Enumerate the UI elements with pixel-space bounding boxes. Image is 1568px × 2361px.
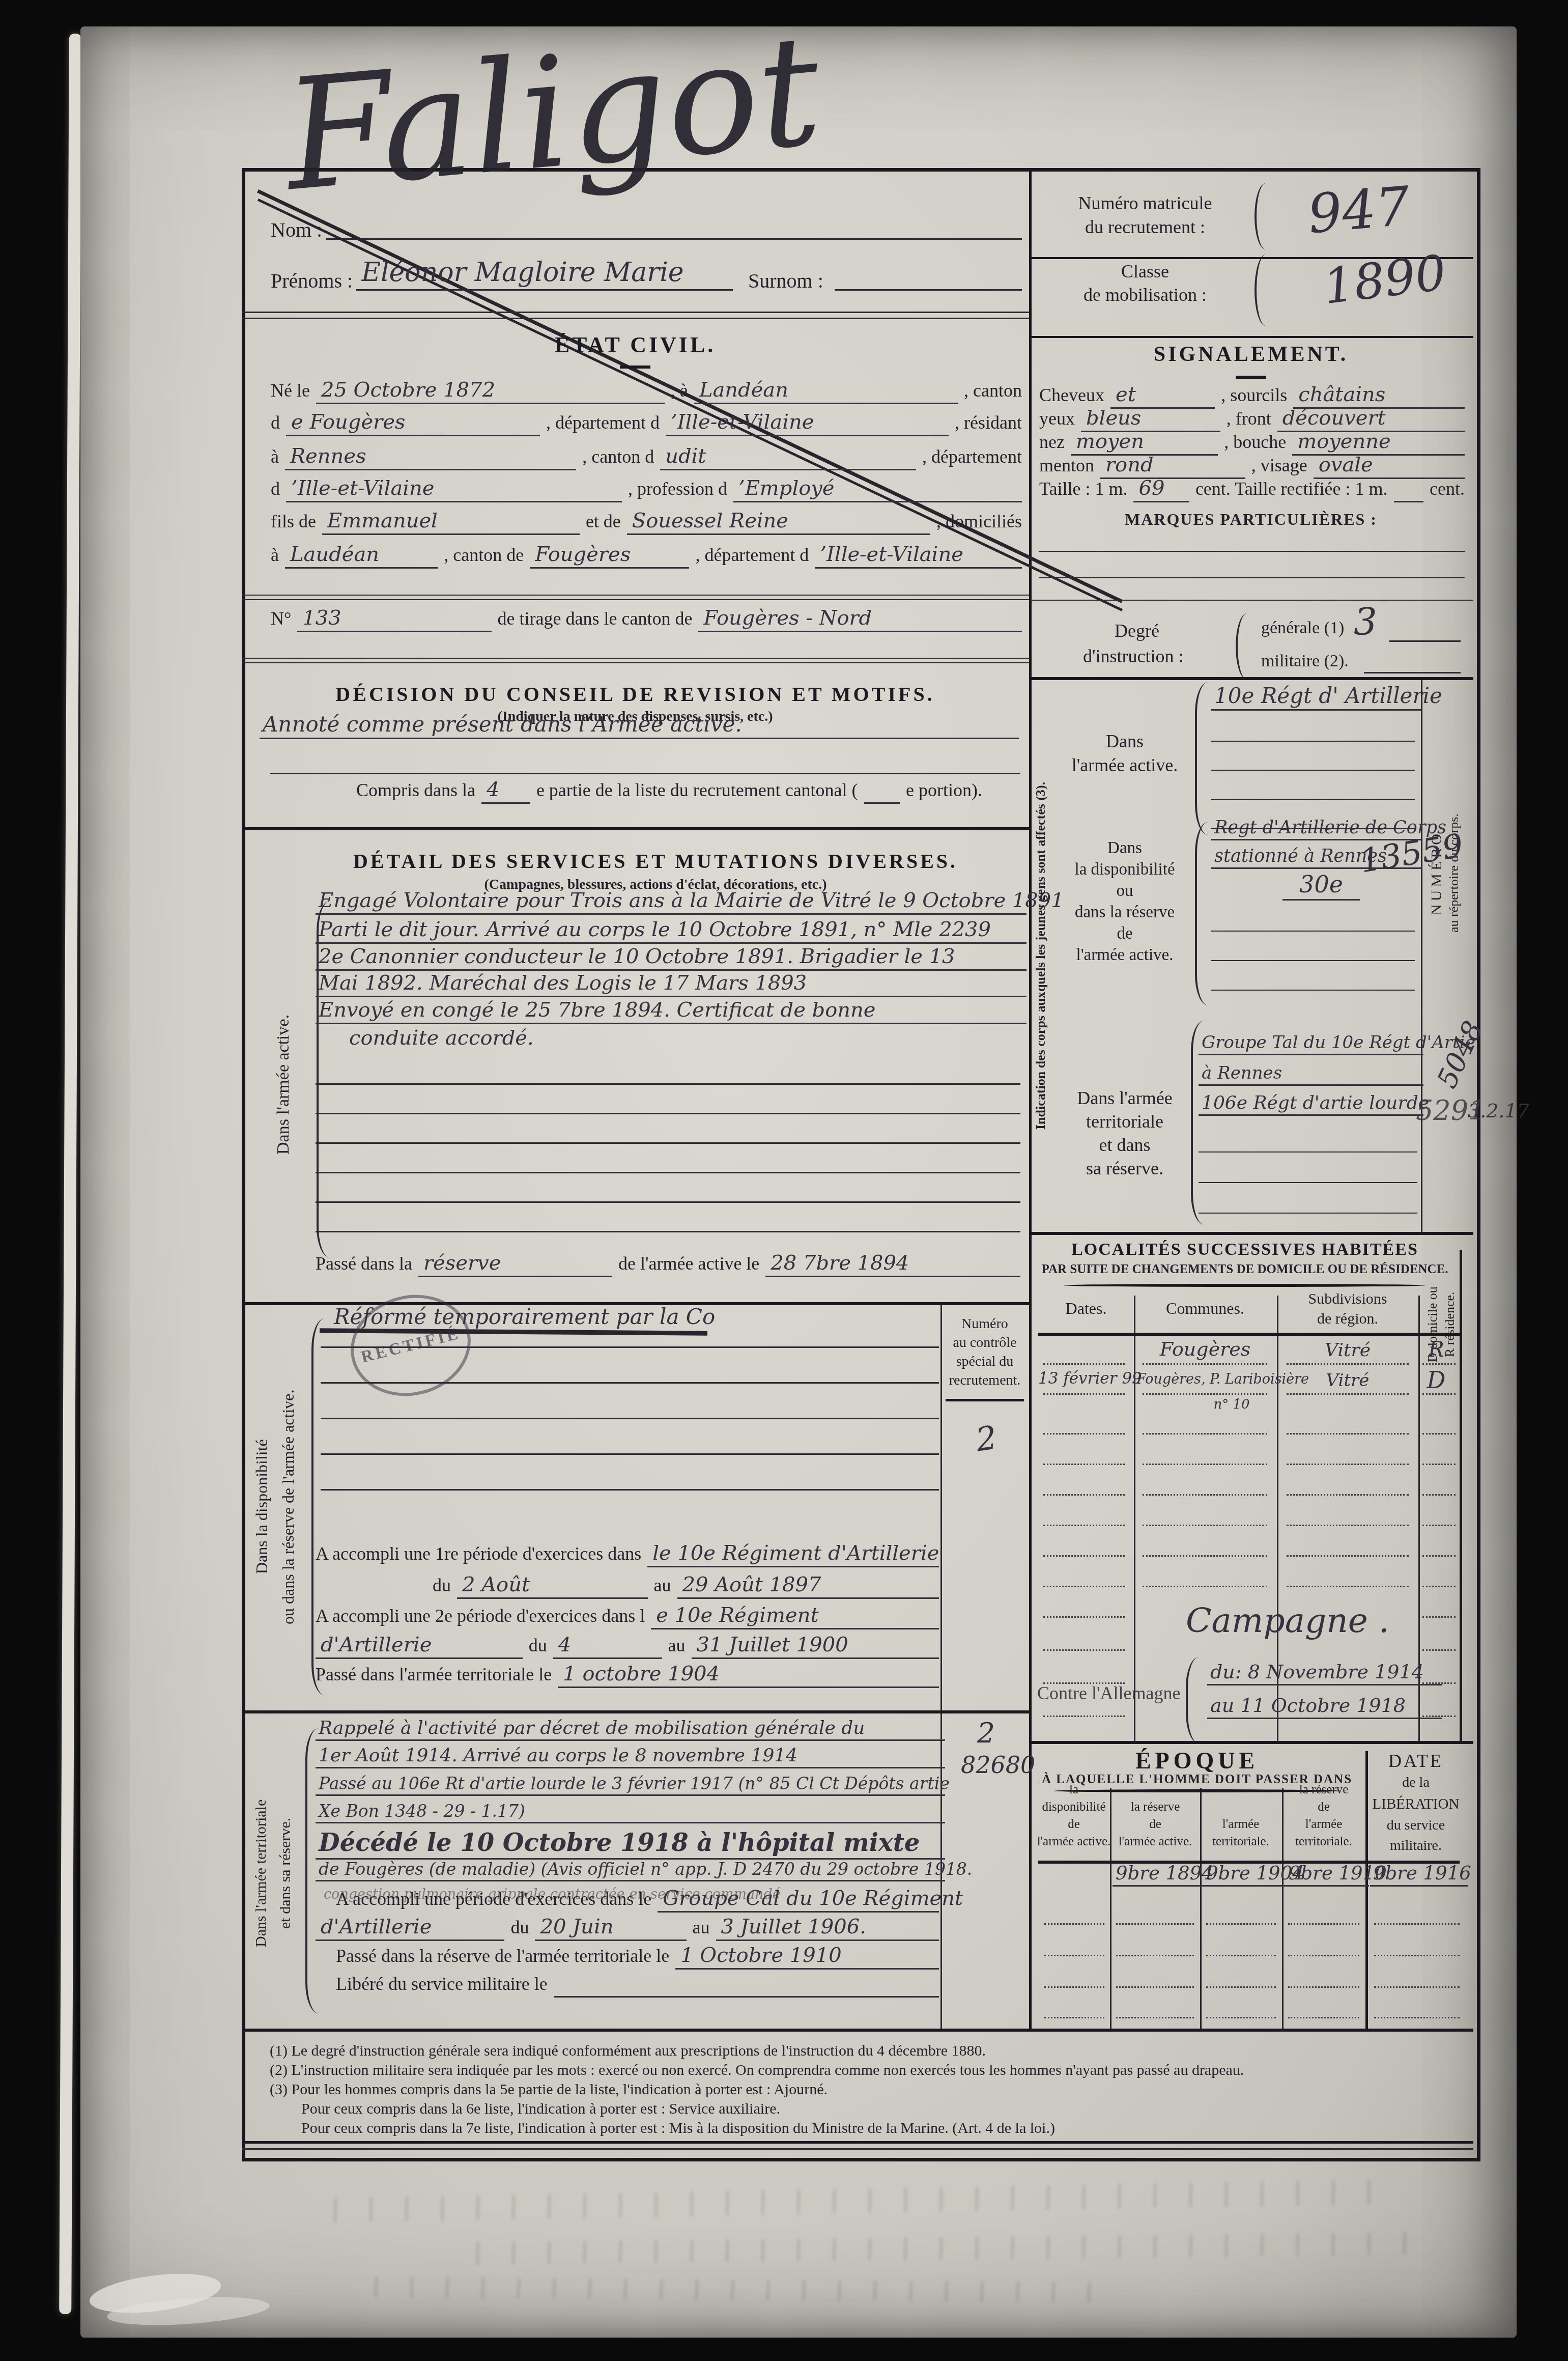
handwriting-value: ovale [1314,453,1465,479]
epoque-date-header: du service [1387,1817,1445,1834]
territorial-handwriting: Xe Bon 1348 - 29 - 1.17) [316,1801,945,1823]
controle-label: au contrôle [953,1335,1016,1351]
handwriting-value: Landéan [694,378,958,404]
handwriting-value: 2 Août [457,1573,648,1599]
handwriting-value: 4 [481,778,530,804]
printed-label: au [693,1917,710,1941]
degre-generale-value: 3 [1354,601,1377,643]
epoque-title: ÉPOQUE [1135,1747,1259,1774]
table-header-rule [1038,1333,1460,1336]
blank-ruled-line [1288,2017,1359,2018]
epoque-col-divider [1282,1788,1284,2029]
blank-ruled-line [1043,1616,1125,1618]
etat-civil-line: d’Ille-et-Vilaine, profession d’Employé [271,476,1022,502]
decorative-curve [1064,1284,1425,1287]
margin-note-handwriting: 3.2.17 [1468,1100,1529,1122]
localites-subtitle: PAR SUITE DE CHANGEMENTS DE DOMICILE OU … [1042,1262,1448,1277]
corps-terr-value-handwriting: 106e Régt d'artie lourde [1199,1092,1423,1116]
printed-label: fils de [271,511,316,535]
printed-label: cent. [1430,478,1465,502]
printed-label: e portion). [906,779,982,804]
section-heavy-rule [242,1710,1029,1713]
blank-ruled-line [1199,1182,1417,1183]
corps-terr-value-handwriting: à Rennes [1199,1063,1423,1086]
blank-ruled-line [1143,1586,1267,1587]
brace-icon [1195,682,1212,835]
handwriting-value: 4 [553,1633,662,1659]
table-cell-line [1422,1393,1456,1395]
blank-ruled-line [1374,2017,1460,2018]
blank-ruled-line [1287,1555,1409,1557]
decorative-curve [1053,1789,1341,1792]
blank-ruled-line [1143,1555,1267,1557]
localites-col-subdiv: Subdivisions [1308,1290,1387,1308]
epoque-date-header: militaire. [1390,1838,1442,1854]
numero-subcolumn-divider [1421,677,1422,1232]
blank-ruled-line [321,1453,939,1455]
printed-label: nez [1039,431,1065,456]
etat-civil-line: àLaudéan, canton deFougères, département… [271,543,1022,569]
handwriting-value: réserve [418,1251,612,1277]
campagne-du-handwriting: du: 8 Novembre 1914 [1207,1661,1442,1685]
handwriting-value: e Fougères [286,410,540,436]
corps-active-value-handwriting: 10e Régt d' Artillerie [1211,683,1421,711]
localites-row-commune: Fougères, P. Lariboisière [1136,1371,1309,1387]
printed-label: , bouche [1224,431,1286,456]
periode1-line: A accompli une 1re période d'exercices d… [316,1541,939,1567]
printed-label: , visage [1251,455,1307,479]
services-handwriting: Parti le dit jour. Arrivé au corps le 10… [316,918,1027,944]
degre-generale-label: générale (1) [1261,619,1344,638]
passe-reserve-terr-line: Passé dans la réserve de l'armée territo… [336,1944,939,1970]
handwriting-value: udit [660,444,916,470]
handwriting-value: rond [1100,453,1245,479]
handwriting-value: et [1110,383,1215,409]
blank-ruled-line [1211,799,1415,800]
corps-dispo-value-handwriting: 30e [1282,870,1360,901]
blank-ruled-line [1143,1494,1267,1496]
printed-label: , canton de [444,544,524,569]
printed-label: d [271,478,280,502]
controle-number-handwriting: 82680 [961,1751,1035,1779]
section-rule [242,599,1029,600]
controle-rule [946,1399,1024,1401]
handwriting-value: 133 [297,606,491,632]
handwriting-value: d'Artillerie [316,1915,504,1941]
printed-label: Libéré du service militaire le [336,1973,548,1998]
corps-terr-label: territoriale [1086,1111,1163,1132]
blank-ruled-line [1287,1464,1409,1465]
corps-dispo-label: ou [1117,882,1133,901]
blank-ruled-line [1199,1213,1417,1214]
localites-right-border [1460,1250,1462,1741]
table-cell-line [1043,1393,1125,1395]
printed-label: menton [1039,455,1094,479]
printed-label: du [510,1917,529,1941]
printed-label: , département [922,446,1022,470]
printed-label: , département d [695,544,809,569]
printed-label: de l'armée active le [618,1253,759,1277]
territorial-handwriting: Passé au 106e Rt d'artie lourde le 3 fév… [316,1774,945,1796]
classe-label: de mobilisation : [1084,284,1207,305]
blank-ruled-line [1116,1986,1194,1988]
handwriting-value: 31 Juillet 1900 [692,1633,939,1659]
blank-ruled-line [1044,1955,1104,1956]
epoque-col-divider [1110,1788,1111,2029]
controle-subcolumn-divider [940,1302,942,2029]
deces-handwriting: Décédé le 10 Octobre 1918 à l'hôpital mi… [316,1829,945,1860]
epoque-date-header: DATE [1388,1750,1443,1772]
blank-ruled-line [1287,1433,1409,1435]
taille-row: Taille : 1 m.69cent. Taille rectifiée : … [1039,476,1465,502]
printed-label: à [271,544,279,569]
blank-ruled-line [1288,1955,1359,1956]
corps-active-label: Dans [1106,730,1144,752]
blank-ruled-line [1422,1464,1456,1465]
section-rule [1029,600,1473,601]
libere-line: Libéré du service militaire le [336,1973,939,1998]
periode-terr-line: A accompli une période d'exercices dans … [336,1887,939,1913]
territorial-handwriting: de Fougères (de maladie) (Avis officiel … [316,1859,945,1881]
handwriting-value: découvert [1277,406,1465,432]
matricule-label: du recrutement : [1085,216,1205,238]
printed-label: , résidant [955,412,1022,436]
blank-ruled-line [1287,1586,1409,1587]
printed-label: du [433,1575,451,1599]
blank-line [270,773,1020,774]
periode2-dates-line: d'Artilleriedu4au31 Juillet 1900 [316,1633,939,1659]
blank-ruled-line [1043,1433,1125,1435]
periode1-dates-line: du2 Aoûtau29 Août 1897 [433,1573,939,1599]
corps-dispo-label: de [1117,924,1132,943]
controle-label: Numéro [961,1316,1008,1332]
handwriting-value: 69 [1133,476,1189,502]
footnote: (1) Le degré d'instruction générale sera… [270,2042,986,2060]
epoque-col-header: de [1149,1817,1161,1832]
classe-cell-rule [1029,336,1473,338]
epoque-col-header: de [1318,1800,1330,1814]
epoque-col-header: l'armée [1305,1817,1343,1832]
periode-terr-dates-line: d'Artilleriedu20 Juinau3 Juillet 1906. [316,1915,939,1941]
blank-ruled-line [316,1201,1020,1203]
handwriting-value: d'Artillerie [316,1633,523,1659]
printed-label: , front [1227,408,1271,432]
degre-militaire-label: militaire (2). [1261,652,1349,671]
handwriting-value: e 10e Régiment [651,1604,939,1629]
blank-ruled-line [1206,1955,1276,1956]
reserve-side-label: Dans la disponibilité [252,1313,271,1700]
campagne-title-handwriting: Campagne . [1186,1601,1389,1640]
blank-line [1364,672,1461,673]
footnote-top-rule [242,2029,1473,2032]
territorial-side-label: Dans l'armée territoriale [252,1726,270,2021]
handwriting-value: moyen [1071,430,1218,456]
territorial-side-label: et dans sa réserve. [277,1726,294,2021]
printed-label: Compris dans la [356,779,475,804]
services-handwriting: conduite accordé. [346,1026,1014,1051]
localites-row-dr: R [1428,1337,1444,1362]
blank-ruled-line [1211,990,1415,991]
numero-repertoire-label: NUMÉRO [1428,685,1445,1061]
reserve-side-label: ou dans la réserve de l'armée active. [279,1313,298,1700]
passe-territoriale-line: Passé dans l'armée territoriale le1 octo… [316,1662,939,1688]
services-side-label: Dans l'armée active. [274,896,293,1273]
localites-row-date: 13 février 99 [1038,1369,1142,1388]
epoque-date-header: LIBÉRATION [1373,1796,1460,1813]
printed-label: , département d [546,412,660,436]
footnote: (3) Pour les hommes compris dans la 5e p… [270,2081,828,2098]
controle-label: recrutement. [949,1372,1021,1389]
blank-ruled-line [1287,1494,1409,1496]
localites-col-subdiv: de région. [1317,1310,1378,1328]
blank-ruled-line [1374,1955,1460,1956]
blank-ruled-line [1374,1923,1460,1925]
title-dash [1236,376,1266,379]
blank-ruled-line [1422,1433,1456,1435]
printed-label: et de [586,511,621,535]
printed-label: Né le [271,380,310,404]
table-cell-line [1143,1363,1267,1365]
etat-civil-line: àRennes, canton dudit, département [271,444,1022,470]
blank-ruled-line [1043,1649,1125,1651]
blank-ruled-line [1422,1525,1456,1526]
handwriting-value: 28 7bre 1894 [765,1251,1020,1277]
printed-label: e partie de la liste du recrutement cant… [536,779,858,804]
corps-dispo-label: l'armée active. [1076,946,1174,965]
epoque-value-handwriting: 9bre 1894 [1113,1862,1204,1887]
register-page-photo: Nom : Faligot Prénoms : Eléonor Magloire… [0,0,1568,2361]
handwriting-value [864,801,900,804]
blank-ruled-line [316,1231,1020,1232]
printed-label: , domiciliés [936,511,1022,535]
section-rule [242,662,1029,663]
handwriting-value: bleus [1081,406,1220,432]
blank-line [1389,640,1461,642]
decision-handwriting: Annoté comme présent dans l’Armée active… [260,712,1019,739]
prenoms-line [356,289,733,291]
surnom-label: Surnom : [748,269,823,293]
handwriting-value [554,1995,939,1998]
printed-label: Passé dans la [316,1253,412,1277]
blank-ruled-line [316,1083,1020,1085]
blank-ruled-line [321,1382,939,1384]
handwriting-value [1394,500,1424,502]
epoque-value-handwriting: 9bre 1910 [1286,1862,1369,1887]
corps-dispo-label: la disponibilité [1074,860,1175,879]
blank-ruled-line [1116,2017,1194,2018]
handwriting-value: 1 Octobre 1910 [675,1944,939,1970]
printed-label: , profession d [628,478,727,502]
blank-ruled-line [1143,1525,1267,1526]
etat-civil-title: ÉTAT CIVIL. [555,332,716,358]
printed-label: du [529,1635,547,1659]
controle-label: spécial du [956,1354,1014,1370]
corps-side-note: Indication des corps auxquels les jeunes… [1033,685,1048,1227]
epoque-value-handwriting: 9bre 1904 [1203,1862,1286,1887]
footnote: Pour ceux compris dans la 6e liste, l'in… [301,2100,780,2118]
brace-icon [1195,822,1212,1005]
blank-ruled-line [1422,1586,1456,1587]
blank-ruled-line [1211,741,1415,742]
services-title: DÉTAIL DES SERVICES ET MUTATIONS DIVERSE… [353,849,958,873]
blank-ruled-line [1043,1682,1125,1684]
controle-value-handwriting: 2 [977,1717,995,1749]
bottom-double-rule [242,2148,1473,2150]
epoque-col-header: l'armée [1222,1817,1260,1832]
blank-ruled-line [1422,1555,1456,1557]
blank-ruled-line [1043,1494,1125,1496]
signalement-row: Cheveuxet, sourcilschâtains [1039,383,1465,409]
handwriting-value: 25 Octobre 1872 [316,378,665,404]
blank-ruled-line [1143,1433,1267,1435]
corps-active-label: l'armée active. [1072,754,1178,776]
printed-label: cent. Taille rectifiée : 1 m. [1195,478,1388,502]
printed-label: d [271,412,280,436]
signalement-row: nezmoyen, bouchemoyenne [1039,430,1465,456]
brace-icon [1186,1657,1203,1744]
epoque-col-divider [1200,1788,1202,2029]
corps-dispo-label: Dans [1107,839,1142,858]
printed-label: au [668,1635,686,1659]
printed-label: A accompli une 1re période d'exercices d… [316,1543,641,1567]
title-dash [620,366,650,369]
handwriting-value: Fougères [530,543,689,569]
blank-ruled-line [1043,1525,1125,1526]
handwriting-value: Souessel Reine [627,509,930,535]
handwriting-value: Laudéan [285,543,438,569]
periode2-line: A accompli une 2e période d'exercices da… [316,1604,939,1629]
services-handwriting: Engagé Volontaire pour Trois ans à la Ma… [316,889,1027,915]
handwriting-value: 1 octobre 1904 [558,1662,939,1688]
blank-ruled-line [1206,2017,1276,2018]
decision-title: DÉCISION DU CONSEIL DE REVISION ET MOTIF… [335,682,934,706]
blank-ruled-line [1287,1525,1409,1526]
table-cell-line [1422,1363,1456,1365]
blank-ruled-line [1422,1616,1456,1618]
blank-ruled-line [1374,1986,1460,1988]
localites-row-dr: D [1427,1366,1446,1394]
printed-label: Taille : 1 m. [1039,478,1127,502]
bottom-double-rule [242,2141,1473,2144]
header-double-rule [242,312,1029,313]
handwriting-value: ’Ille-et-Vilaine [286,476,622,502]
printed-label: , à [671,380,688,404]
blank-ruled-line [1206,1923,1276,1925]
footnote: (2) L'instruction militaire sera indiqué… [270,2062,1244,2079]
blank-ruled-line [1422,1716,1456,1717]
campagne-au-handwriting: au 11 Octobre 1918 [1207,1694,1442,1719]
corps-terr-value-handwriting: Groupe Tal du 10e Régt d'Artie [1199,1032,1423,1055]
section-heavy-rule [1029,1232,1473,1235]
blank-ruled-line [1211,828,1415,829]
localites-row-commune: Fougères [1160,1338,1251,1360]
services-handwriting: 2e Canonnier conducteur le 10 Octobre 18… [316,945,1027,971]
blank-ruled-line [1044,2017,1104,2018]
corps-terr-label: Dans l'armée [1077,1087,1172,1109]
prenoms-label: Prénoms : [271,269,353,293]
localites-row-subdiv: Vitré [1325,1340,1371,1361]
blank-ruled-line [1422,1494,1456,1496]
blank-ruled-line [1288,1986,1359,1988]
printed-label: au [654,1575,671,1599]
table-cell-line [1287,1363,1409,1365]
blank-ruled-line [1211,931,1415,932]
compris-line: Compris dans la4e partie de la liste du … [356,778,982,804]
epoque-col-header: territoriale. [1295,1835,1352,1849]
handwriting-value: 20 Juin [535,1915,686,1941]
printed-label: Passé dans la réserve de l'armée territo… [336,1945,669,1970]
degre-label: Degré [1115,620,1159,641]
corps-terr-label: sa réserve. [1086,1158,1163,1179]
territorial-handwriting: 1er Août 1914. Arrivé au corps le 8 nove… [316,1745,945,1768]
handwriting-value: 3 Juillet 1906. [716,1915,939,1941]
handwriting-value: Rennes [285,444,576,470]
handwriting-value: Emmanuel [322,509,580,535]
section-heavy-rule [1029,677,1473,680]
blank-ruled-line [316,1113,1020,1114]
handwriting-value: Fougères - Nord [698,606,1022,632]
blank-line [1039,577,1465,578]
localites-row-subdiv: Vitré [1326,1370,1370,1391]
section-rule [242,658,1029,659]
signalement-row: mentonrond, visageovale [1039,453,1465,479]
printed-label: Passé dans l'armée territoriale le [316,1664,552,1688]
section-rule [242,595,1029,596]
printed-label: , canton d [582,446,654,470]
epoque-value-handwriting: 9bre 1916 [1370,1862,1468,1887]
section-heavy-rule [1029,1741,1473,1744]
printed-label: A accompli une période d'exercices dans … [336,1888,651,1913]
blank-ruled-line [1422,1682,1456,1684]
blank-ruled-line [1043,1464,1125,1465]
table-cell-line [1143,1393,1267,1395]
printed-label: de tirage dans le canton de [498,608,693,632]
blank-ruled-line [1288,1923,1359,1925]
blank-ruled-line [1206,1986,1276,1988]
blank-ruled-line [1043,1716,1125,1717]
blank-ruled-line [1043,1555,1125,1557]
footnote: Pour ceux compris dans la 7e liste, l'in… [301,2120,1055,2137]
epoque-col-header: l'armée active. [1119,1835,1192,1849]
passe-reserve-line: Passé dans laréservede l'armée active le… [316,1251,1020,1277]
blank-ruled-line [1116,1955,1194,1956]
blank-ruled-line [321,1418,939,1419]
printed-label: N° [271,608,291,632]
blank-ruled-line [1211,770,1415,771]
epoque-date-divider [1365,1751,1368,2029]
epoque-col-header: la réserve [1131,1800,1180,1814]
table-cell-line [1287,1393,1409,1395]
blank-ruled-line [316,1142,1020,1144]
localites-row-commune2: n° 10 [1213,1397,1249,1412]
territorial-handwriting: Rappelé à l'activité par décret de mobil… [316,1718,945,1741]
epoque-col-header: de [1068,1817,1080,1832]
blank-ruled-line [1116,1923,1194,1925]
handwriting-value: Groupe Cal du 10e Régiment [658,1887,939,1913]
blank-ruled-line [1044,1986,1104,1988]
localites-col-dates: Dates. [1066,1299,1107,1318]
signalement-row: yeuxbleus, frontdécouvert [1039,406,1465,432]
localites-col-communes: Communes. [1166,1299,1244,1318]
handwriting-value: moyenne [1292,430,1465,456]
blank-ruled-line [1044,1923,1104,1925]
printed-label: , sourcils [1221,384,1287,409]
nom-line [326,238,1022,240]
etat-civil-line: fils deEmmanuelet deSouessel Reine, domi… [271,509,1022,535]
blank-ruled-line [1422,1649,1456,1651]
signalement-title: SIGNALEMENT. [1154,342,1348,367]
section-heavy-rule [242,827,1029,830]
